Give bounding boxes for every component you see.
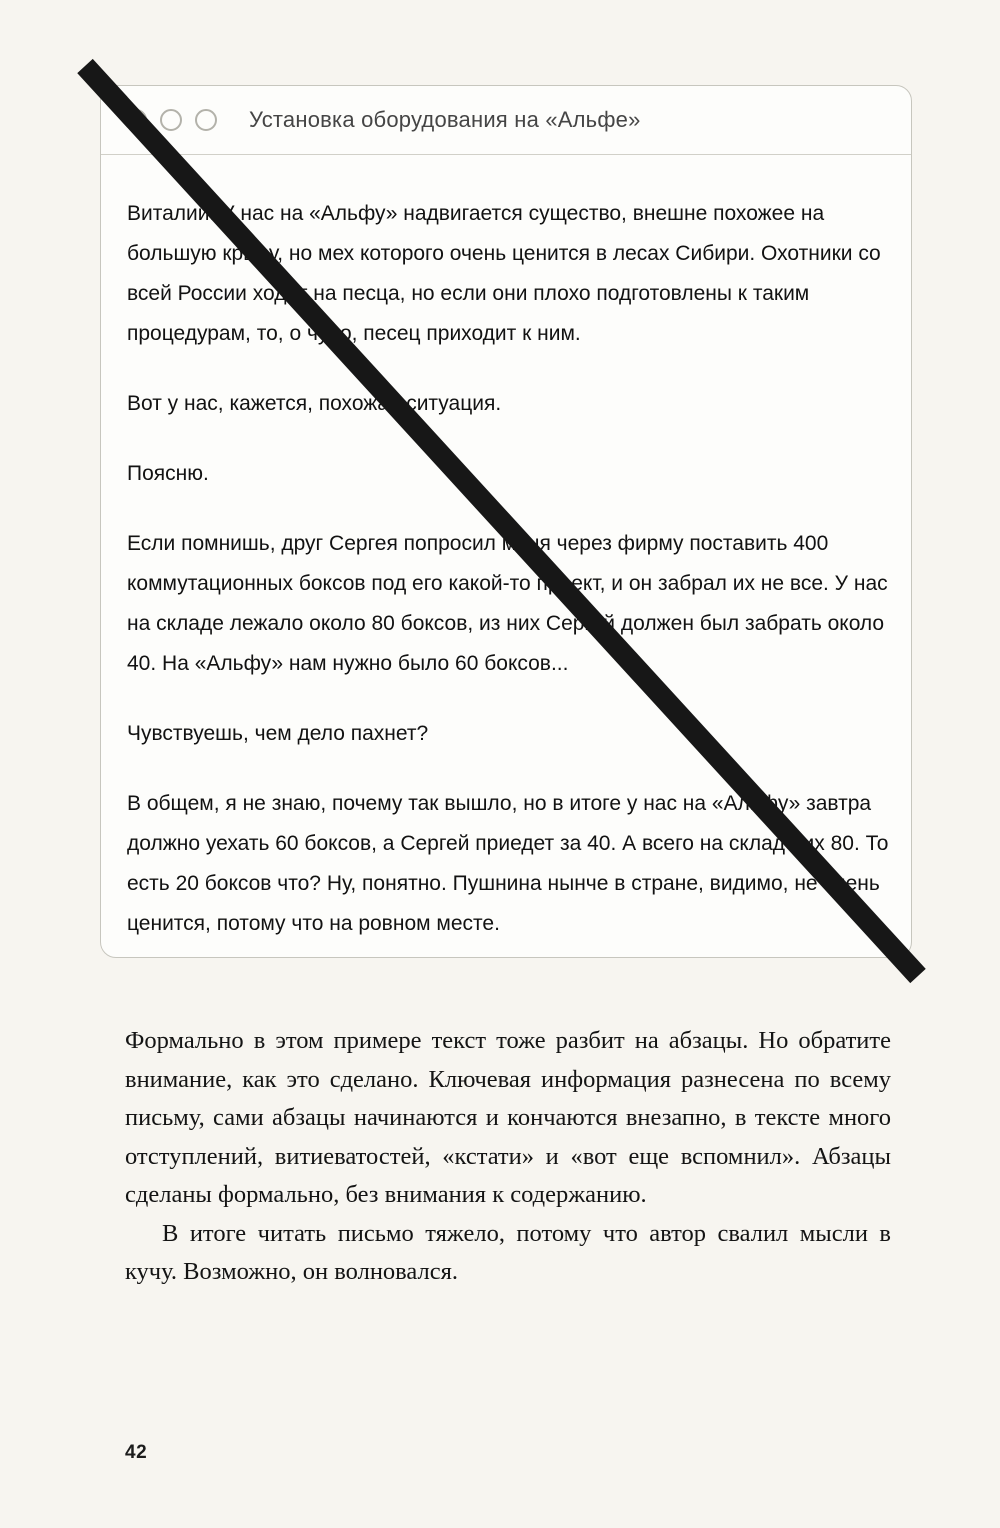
window-control-circle-icon [195, 109, 217, 131]
commentary-paragraph: Формально в этом примере текст тоже разб… [125, 1022, 891, 1215]
email-paragraph: Виталий! У нас на «Альфу» надвигается су… [127, 194, 889, 354]
commentary-text: Формально в этом примере текст тоже разб… [125, 1022, 891, 1292]
email-paragraph: Вот у нас, кажется, похожая ситуация. [127, 384, 889, 424]
window-control-circle-icon [160, 109, 182, 131]
window-control-circle-icon [125, 109, 147, 131]
email-paragraph: Чувствуешь, чем дело пахнет? [127, 714, 889, 754]
email-window-titlebar: Установка оборудования на «Альфе» [101, 86, 911, 155]
email-paragraph: Если помнишь, друг Сергея попросил меня … [127, 524, 889, 684]
commentary-paragraph: В итоге читать письмо тяжело, потому что… [125, 1215, 891, 1292]
book-page: Установка оборудования на «Альфе» Витали… [0, 0, 1000, 1528]
email-subject-title: Установка оборудования на «Альфе» [249, 107, 641, 133]
page-number: 42 [125, 1442, 147, 1464]
email-body: Виталий! У нас на «Альфу» надвигается су… [101, 155, 911, 944]
email-paragraph: Поясню. [127, 454, 889, 494]
email-window-mockup: Установка оборудования на «Альфе» Витали… [100, 85, 912, 958]
email-paragraph: В общем, я не знаю, почему так вышло, но… [127, 784, 889, 944]
